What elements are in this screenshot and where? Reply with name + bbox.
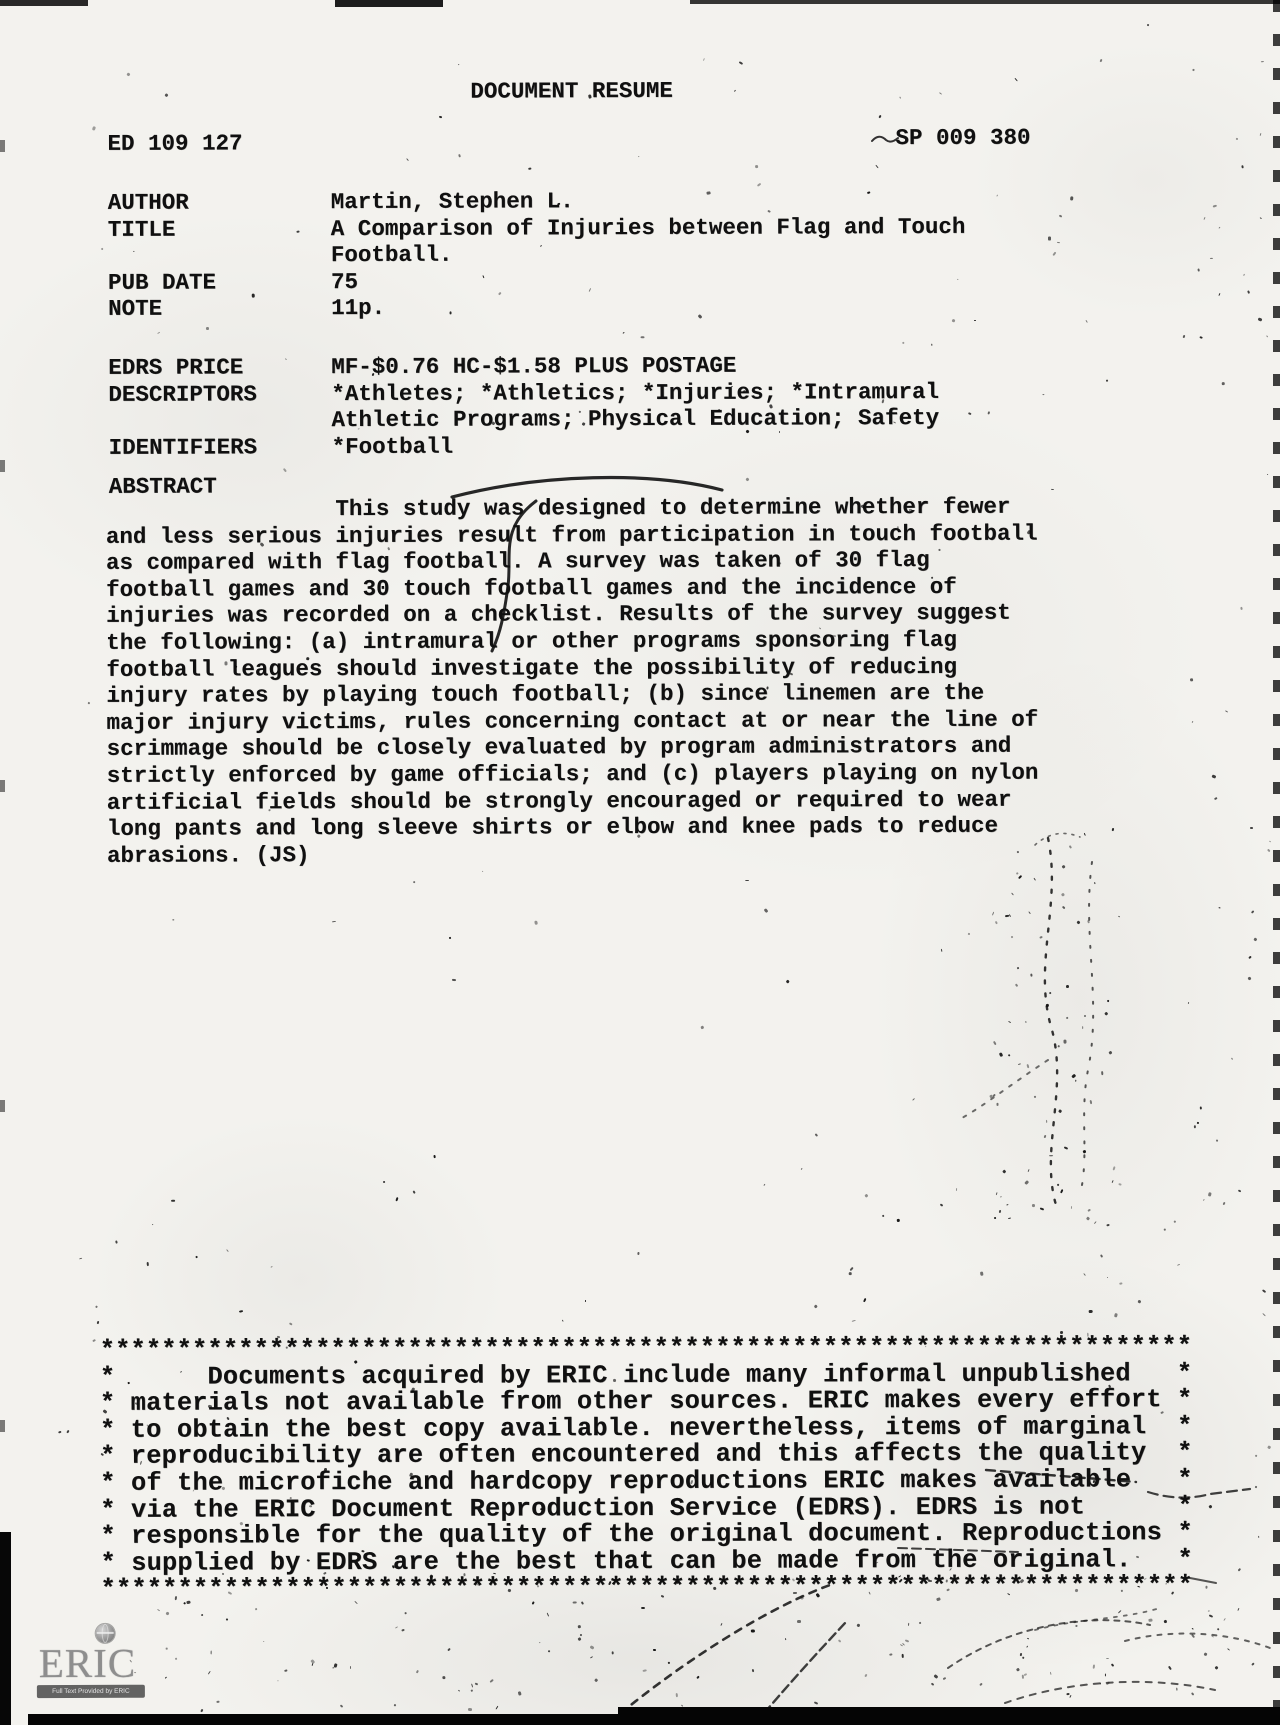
field-value: Martin, Stephen L. (331, 188, 574, 215)
field-label: DESCRIPTORS (108, 381, 331, 408)
catalog-fields: AUTHORMartin, Stephen L.TITLEA Compariso… (108, 186, 1129, 461)
field-row: NOTE11p. (108, 293, 1128, 323)
field-value: *Football (332, 433, 454, 460)
field-row: IDENTIFIERS*Football (109, 431, 1129, 461)
field-row: PUB DATE75 (108, 266, 1128, 296)
page-title: DOCUMENT RESUME (470, 78, 673, 105)
eric-logo: ERIC Full Text Provided by ERIC (39, 1626, 159, 1706)
eric-logo-text: ERIC (39, 1642, 137, 1684)
clearinghouse-number: SP 009 380 (895, 125, 1030, 152)
eric-globe-icon (96, 1624, 115, 1643)
field-value: A Comparison of Injuries between Flag an… (331, 213, 966, 268)
field-value: 11p. (331, 295, 385, 322)
ed-number: ED 109 127 (107, 130, 242, 157)
field-label: PUB DATE (108, 269, 331, 296)
field-value: MF-$0.76 HC-$1.58 PLUS POSTAGE (331, 353, 736, 381)
document-content: DOCUMENT RESUME ED 109 127 SP 009 380 AU… (0, 0, 1280, 1725)
field-value: *Athletes; *Athletics; *Injuries; *Intra… (331, 379, 939, 434)
field-label: AUTHOR (108, 189, 331, 216)
field-value: 75 (331, 269, 358, 296)
field-label: EDRS PRICE (108, 354, 331, 381)
field-row: EDRS PRICEMF-$0.76 HC-$1.58 PLUS POSTAGE (108, 351, 1128, 381)
field-row: DESCRIPTORS*Athletes; *Athletics; *Injur… (108, 378, 1128, 435)
field-row: TITLEA Comparison of Injuries between Fl… (108, 213, 1128, 270)
field-row: AUTHORMartin, Stephen L. (108, 186, 1128, 216)
field-label: IDENTIFIERS (109, 434, 332, 461)
field-label: NOTE (108, 295, 331, 322)
eric-logo-tagline: Full Text Provided by ERIC (37, 1685, 145, 1698)
abstract-text: This study was designed to determine whe… (106, 494, 1039, 870)
scanned-document-page: DOCUMENT RESUME ED 109 127 SP 009 380 AU… (0, 0, 1280, 1725)
reproduction-disclaimer: ****************************************… (100, 1334, 1193, 1604)
field-label: TITLE (108, 216, 331, 243)
